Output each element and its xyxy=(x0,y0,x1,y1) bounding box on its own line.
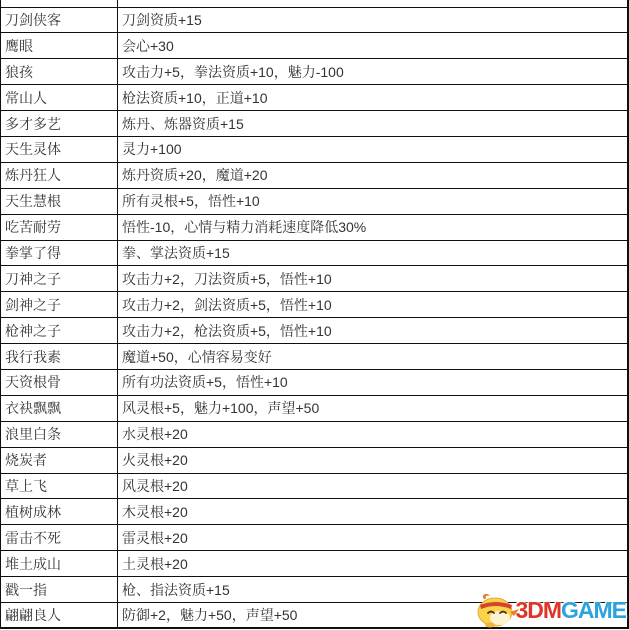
trait-name-cell: 炼丹狂人 xyxy=(1,162,118,188)
trait-effect-cell: 枪、指法资质+15 xyxy=(118,577,629,603)
trait-effect-cell: 火灵根+20 xyxy=(118,447,629,473)
trait-name-cell: 鹰眼 xyxy=(1,33,118,59)
page: 刀剑侠客刀剑资质+15鹰眼会心+30狼孩攻击力+5，拳法资质+10，魅力-100… xyxy=(0,0,629,630)
table-row: 我行我素魔道+50，心情容易变好 xyxy=(1,344,629,370)
trait-effect-cell: 所有灵根+5，悟性+10 xyxy=(118,188,629,214)
trait-name-cell: 狼孩 xyxy=(1,59,118,85)
trait-effect-cell: 刀剑资质+15 xyxy=(118,7,629,33)
trait-effect-cell: 防御+2，魅力+50，声望+50 xyxy=(118,602,629,628)
trait-name-cell: 天生慧根 xyxy=(1,188,118,214)
table-row: 天资根骨所有功法资质+5，悟性+10 xyxy=(1,369,629,395)
table-row: 浪里白条水灵根+20 xyxy=(1,421,629,447)
trait-name-cell: 拳掌了得 xyxy=(1,240,118,266)
trait-effect-cell: 魔道+50，心情容易变好 xyxy=(118,344,629,370)
trait-effect-cell: 所有功法资质+5，悟性+10 xyxy=(118,369,629,395)
trait-effect-cell: 炼丹资质+20，魔道+20 xyxy=(118,162,629,188)
table-row: 剑神之子攻击力+2，剑法资质+5，悟性+10 xyxy=(1,292,629,318)
trait-table: 刀剑侠客刀剑资质+15鹰眼会心+30狼孩攻击力+5，拳法资质+10，魅力-100… xyxy=(0,0,629,629)
trait-name-cell: 衣袂飘飘 xyxy=(1,395,118,421)
trait-effect-cell: 攻击力+2，刀法资质+5，悟性+10 xyxy=(118,266,629,292)
trait-effect-cell: 攻击力+2，枪法资质+5，悟性+10 xyxy=(118,318,629,344)
trait-name-cell: 雷击不死 xyxy=(1,525,118,551)
table-row: 天生慧根所有灵根+5，悟性+10 xyxy=(1,188,629,214)
trait-name-cell: 天生灵体 xyxy=(1,136,118,162)
table-row: 枪神之子攻击力+2，枪法资质+5，悟性+10 xyxy=(1,318,629,344)
table-row-partial xyxy=(1,0,629,7)
trait-name-cell: 天资根骨 xyxy=(1,369,118,395)
trait-effect-cell: 土灵根+20 xyxy=(118,551,629,577)
trait-name-cell: 浪里白条 xyxy=(1,421,118,447)
trait-effect-cell: 攻击力+2，剑法资质+5，悟性+10 xyxy=(118,292,629,318)
table-row: 草上飞风灵根+20 xyxy=(1,473,629,499)
table-row: 拳掌了得拳、掌法资质+15 xyxy=(1,240,629,266)
trait-name-cell: 枪神之子 xyxy=(1,318,118,344)
table-row: 衣袂飘飘风灵根+5，魅力+100，声望+50 xyxy=(1,395,629,421)
table-row: 多才多艺炼丹、炼器资质+15 xyxy=(1,111,629,137)
trait-name-cell: 我行我素 xyxy=(1,344,118,370)
trait-effect-cell: 风灵根+5，魅力+100，声望+50 xyxy=(118,395,629,421)
trait-effect-cell: 炼丹、炼器资质+15 xyxy=(118,111,629,137)
trait-effect-cell: 悟性-10，心情与精力消耗速度降低30% xyxy=(118,214,629,240)
table-row: 植树成林木灵根+20 xyxy=(1,499,629,525)
trait-effect-cell: 会心+30 xyxy=(118,33,629,59)
table-row: 刀剑侠客刀剑资质+15 xyxy=(1,7,629,33)
trait-effect-cell: 攻击力+5，拳法资质+10，魅力-100 xyxy=(118,59,629,85)
table-row: 常山人枪法资质+10，正道+10 xyxy=(1,85,629,111)
table-row: 鹰眼会心+30 xyxy=(1,33,629,59)
trait-name-cell: 常山人 xyxy=(1,85,118,111)
table-row: 吃苦耐劳悟性-10，心情与精力消耗速度降低30% xyxy=(1,214,629,240)
trait-name-cell: 刀剑侠客 xyxy=(1,7,118,33)
trait-name-cell: 翩翩良人 xyxy=(1,602,118,628)
trait-effect-cell: 拳、掌法资质+15 xyxy=(118,240,629,266)
table-row: 狼孩攻击力+5，拳法资质+10，魅力-100 xyxy=(1,59,629,85)
trait-name-cell: 烧炭者 xyxy=(1,447,118,473)
table-row: 天生灵体灵力+100 xyxy=(1,136,629,162)
trait-name-cell: 草上飞 xyxy=(1,473,118,499)
trait-name-cell: 戳一指 xyxy=(1,577,118,603)
trait-effect-cell: 水灵根+20 xyxy=(118,421,629,447)
trait-name-cell xyxy=(1,0,118,7)
table-row: 炼丹狂人炼丹资质+20，魔道+20 xyxy=(1,162,629,188)
trait-effect-cell: 风灵根+20 xyxy=(118,473,629,499)
trait-name-cell: 刀神之子 xyxy=(1,266,118,292)
table-row: 雷击不死雷灵根+20 xyxy=(1,525,629,551)
table-row: 烧炭者火灵根+20 xyxy=(1,447,629,473)
trait-name-cell: 堆土成山 xyxy=(1,551,118,577)
trait-name-cell: 吃苦耐劳 xyxy=(1,214,118,240)
trait-name-cell: 剑神之子 xyxy=(1,292,118,318)
trait-effect-cell: 灵力+100 xyxy=(118,136,629,162)
trait-name-cell: 多才多艺 xyxy=(1,111,118,137)
table-row: 翩翩良人防御+2，魅力+50，声望+50 xyxy=(1,602,629,628)
trait-effect-cell: 木灵根+20 xyxy=(118,499,629,525)
table-row: 戳一指枪、指法资质+15 xyxy=(1,577,629,603)
trait-effect-cell: 雷灵根+20 xyxy=(118,525,629,551)
table-row: 堆土成山土灵根+20 xyxy=(1,551,629,577)
trait-name-cell: 植树成林 xyxy=(1,499,118,525)
trait-effect-cell xyxy=(118,0,629,7)
trait-effect-cell: 枪法资质+10，正道+10 xyxy=(118,85,629,111)
table-row: 刀神之子攻击力+2，刀法资质+5，悟性+10 xyxy=(1,266,629,292)
trait-table-body: 刀剑侠客刀剑资质+15鹰眼会心+30狼孩攻击力+5，拳法资质+10，魅力-100… xyxy=(1,0,629,628)
